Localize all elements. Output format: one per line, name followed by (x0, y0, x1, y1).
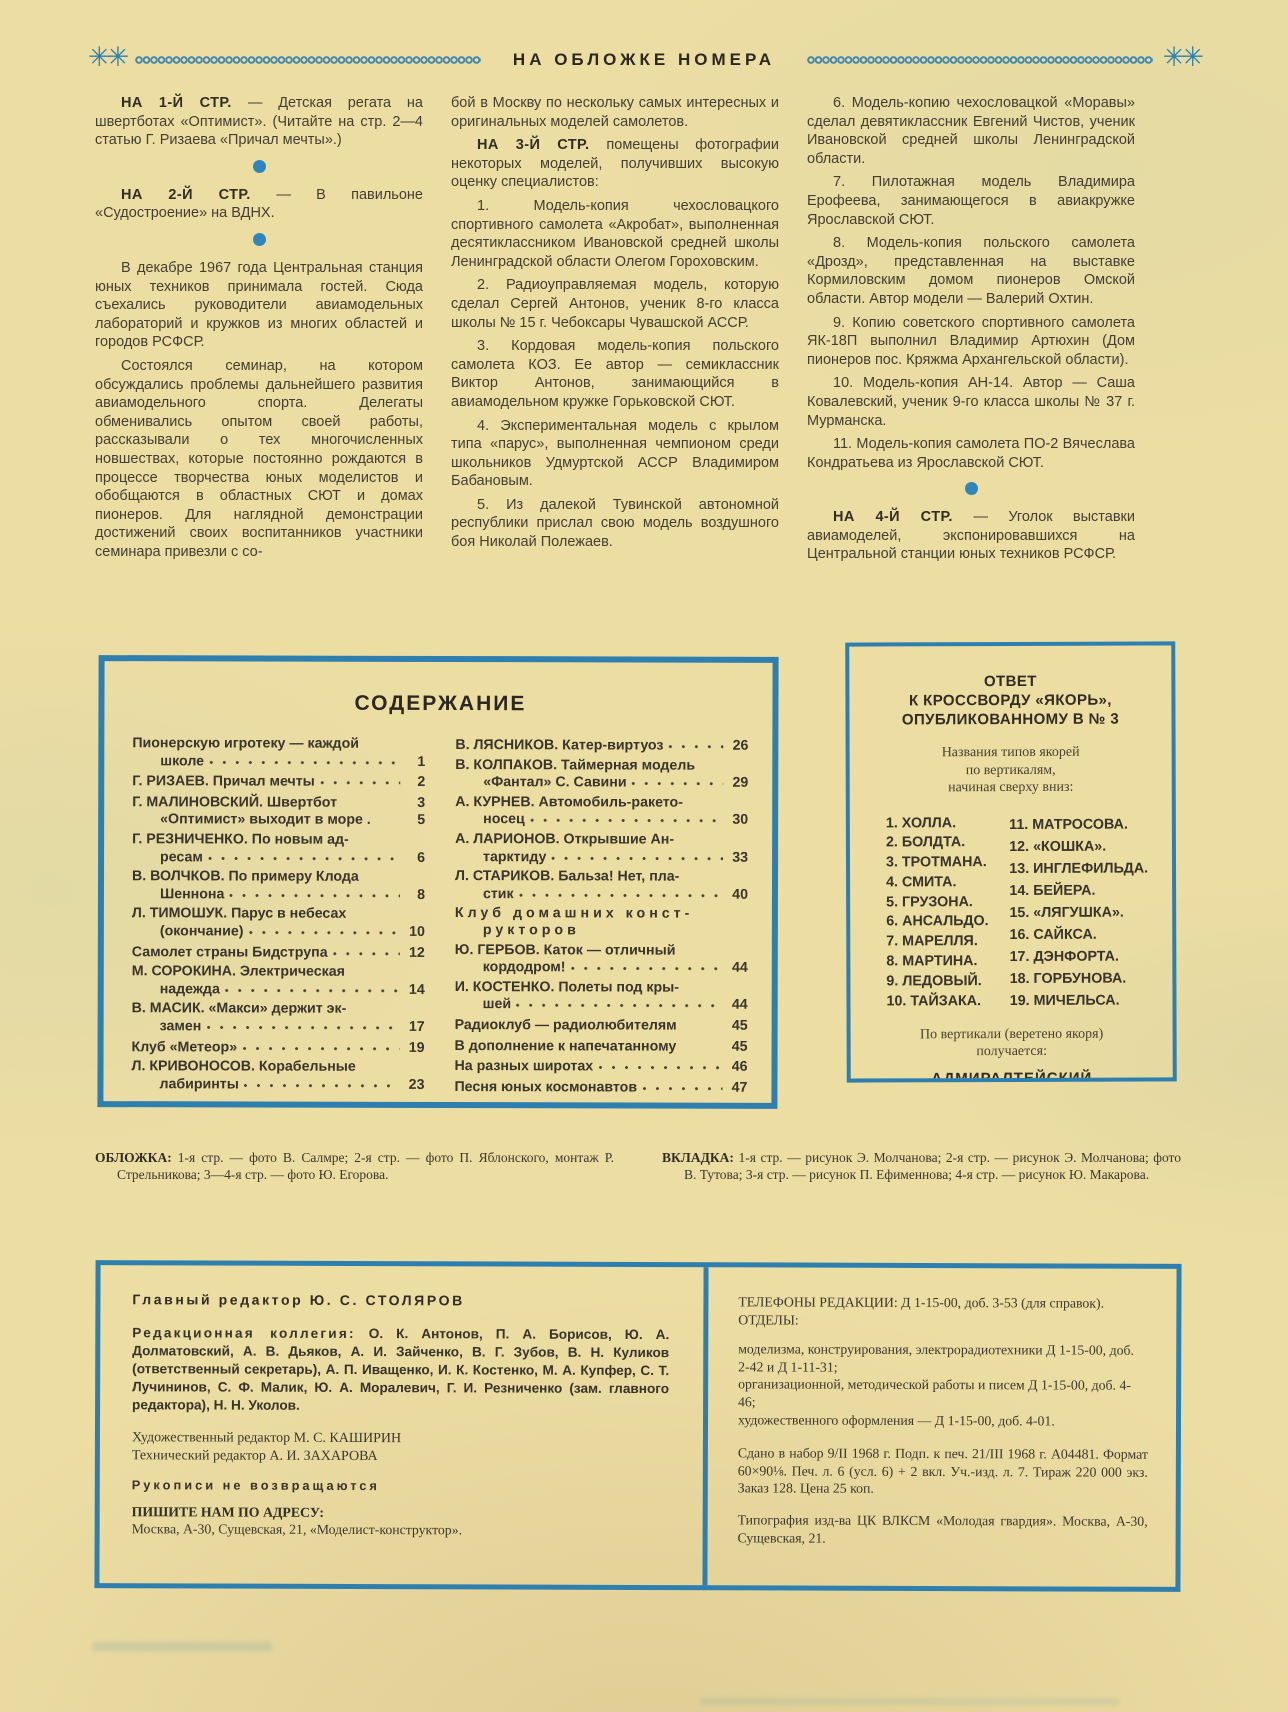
dot-leader (551, 848, 723, 861)
toc-page-number: 33 (728, 849, 748, 866)
crossword-answer: 9. ЛЕДОВЫЙ. (886, 972, 1009, 992)
insert-credit: ВКЛАДКА: 1-я стр. — рисунок Э. Молчанова… (662, 1150, 1181, 1184)
toc-entry-line: замен17 (132, 1017, 425, 1035)
toc-page-number: 26 (728, 738, 748, 755)
toc-page-number: 14 (405, 982, 425, 999)
toc-entry-text: лабиринты (159, 1076, 238, 1093)
toc-entry: М. СОРОКИНА. Электрическаянадежда14 (132, 963, 425, 998)
cover-credit: ОБЛОЖКА: 1-я стр. — фото В. Салмре; 2-я … (95, 1150, 614, 1184)
chain-ornament-left-icon (135, 53, 481, 67)
toc-entry-text: В. ЛЯСНИКОВ. Катер-виртуоз (455, 737, 663, 754)
toc-entry-line: «Оптимист» выходит в море .5 (132, 811, 425, 829)
toc-entry-text: Песня юных космонавтов (454, 1079, 637, 1096)
crossword-answer: 3. ТРОТМАНА. (886, 853, 1009, 873)
crossword-answer: 13. ИНГЛЕФИЛЬДА. (1009, 857, 1154, 880)
dot-leader (516, 996, 723, 1010)
cover-note-paragraph: Состоялся семинар, на котором обсуждалис… (95, 357, 423, 562)
insert-credit-label: ВКЛАДКА: (662, 1150, 734, 1165)
chief-editor-name: Ю. С. СТОЛЯРОВ (310, 1292, 465, 1309)
crossword-answers: 1. ХОЛЛА.2. БОЛДТА.3. ТРОТМАНА.4. СМИТА.… (886, 813, 1155, 1012)
cover-note-paragraph: НА 4-Й СТР. — Уголок выставки авиамоделе… (807, 508, 1135, 564)
toc-entry-line: кордодром!44 (455, 958, 748, 976)
toc-entry-text: Л. КРИВОНОСОВ. Корабельные (131, 1058, 355, 1075)
table-of-contents-box: СОДЕРЖАНИЕ Пионерскую игротеку — каждойш… (97, 655, 778, 1109)
toc-entry-text: «Оптимист» выходит в море . (160, 812, 371, 829)
toc-column-left: Пионерскую игротеку — каждойшколе1Г. РИЗ… (131, 735, 425, 1098)
crossword-answer: 6. АНСАЛЬДО. (886, 912, 1009, 932)
toc-entry-text: надежда (160, 981, 220, 998)
toc-page-number: 23 (404, 1077, 424, 1094)
toc-entry-text: (окончание) (160, 923, 244, 940)
toc-entry-line: Л. ТИМОШУК. Парус в небесах (132, 906, 425, 923)
toc-page-number: 29 (728, 775, 748, 792)
credits-row: ОБЛОЖКА: 1-я стр. — фото В. Салмре; 2-я … (95, 1150, 1181, 1184)
crossword-answer: 1. ХОЛЛА. (886, 814, 1009, 834)
toc-entry-line: Ю. ГЕРБОВ. Каток — отличный (455, 942, 748, 959)
dot-leader (209, 752, 400, 766)
toc-entry-text: замен (160, 1018, 202, 1035)
cover-note-paragraph: 3. Кордовая модель-копия польского самол… (451, 337, 779, 411)
toc-entry: Ю. ГЕРБОВ. Каток — отличныйкордодром!44 (455, 942, 748, 977)
cover-note-paragraph: НА 3-Й СТР. помещены фотографии некоторы… (451, 136, 779, 192)
cover-note-paragraph: В декабре 1967 года Центральная станция … (95, 259, 423, 352)
toc-entry-line: Самолет страны Бидструпа12 (132, 943, 425, 961)
toc-entry: Л. КРИВОНОСОВ. Корабельныелабиринты23 (131, 1058, 424, 1093)
dot-leader (320, 773, 400, 786)
art-editor-line: Художественный редактор М. С. КАШИРИН (132, 1429, 669, 1448)
toc-entry-text: школе (160, 753, 204, 770)
toc-entry-line: тарктиду33 (455, 848, 748, 866)
paragraph-lead: НА 3-Й СТР. (477, 137, 606, 153)
toc-entry-line: В. МАСИК. «Макси» держит эк- (132, 1001, 425, 1018)
toc-entry-text: кордодром! (483, 959, 566, 976)
crossword-answer: 8. МАРТИНА. (886, 952, 1009, 972)
toc-entry: На разных широтах46 (454, 1057, 747, 1075)
masthead-contacts: ТЕЛЕФОНЫ РЕДАКЦИИ: Д 1-15-00, доб. 3-53 … (707, 1267, 1176, 1587)
dot-leader (208, 848, 400, 862)
toc-entry-line: В. КОЛПАКОВ. Таймерная модель (455, 757, 748, 774)
crossword-answer: 7. МАРЕЛЛЯ. (886, 932, 1009, 952)
toc-entry-text: Г. РИЗАЕВ. Причал мечты (132, 773, 315, 790)
dot-leader (244, 1075, 400, 1088)
toc-column-right: В. ЛЯСНИКОВ. Катер-виртуоз26В. КОЛПАКОВ.… (454, 736, 748, 1099)
toc-entry-text: Радиоклуб — радиолюбителям (455, 1017, 677, 1034)
toc-entry-line: Г. МАЛИНОВСКИЙ. Швертбот3 (132, 793, 425, 811)
toc-entry-text: Л. СТАРИКОВ. Бальза! Нет, пла- (455, 868, 679, 885)
toc-entry-text: Л. ТИМОШУК. Парус в небесах (132, 906, 346, 923)
phones-line: ТЕЛЕФОНЫ РЕДАКЦИИ: Д 1-15-00, доб. 3-53 … (738, 1293, 1148, 1312)
cover-note-paragraph: 4. Экспериментальная модель с крылом тип… (451, 417, 779, 491)
cover-note-paragraph: 2. Радиоуправляемая модель, которую сдел… (451, 276, 779, 332)
crossword-answer-box: ОТВЕТК КРОССВОРДУ «ЯКОРЬ»,ОПУБЛИКОВАННОМ… (845, 641, 1177, 1082)
toc-page-number: 2 (405, 774, 425, 791)
dot-leader (248, 922, 399, 935)
paragraph-lead: НА 2-Й СТР. (121, 187, 276, 203)
insert-credit-text: 1-я стр. — рисунок Э. Молчанова; 2-я стр… (684, 1150, 1181, 1182)
page-title: НА ОБЛОЖКЕ НОМЕРА (491, 50, 797, 70)
print-info: Сдано в набор 9/II 1968 г. Подп. к печ. … (738, 1445, 1148, 1499)
toc-entry-line: В дополнение к напечатанному45 (455, 1037, 748, 1055)
toc-entry-text: тарктиду (483, 849, 546, 866)
crossword-answer: 18. ГОРБУНОВА. (1010, 967, 1155, 990)
toc-entry: И. КОСТЕНКО. Полеты под кры-шей44 (455, 979, 748, 1014)
paragraph-lead: НА 4-Й СТР. (833, 509, 974, 525)
chief-editor-label: Главный редактор (132, 1291, 303, 1308)
department-line: организационной, методической работы и п… (738, 1376, 1148, 1413)
editorial-board-label: Редакционная коллегия: (132, 1325, 355, 1341)
dot-leader (342, 794, 400, 807)
toc-entry: Песня юных космонавтов47 (454, 1078, 747, 1096)
toc-entry-text: Ю. ГЕРБОВ. Каток — отличный (455, 942, 676, 959)
toc-entry-text: В. КОЛПАКОВ. Таймерная модель (455, 757, 695, 774)
toc-entry: Г. МАЛИНОВСКИЙ. Швертбот3«Оптимист» выхо… (132, 793, 425, 829)
toc-entry-text: В. МАСИК. «Макси» держит эк- (132, 1001, 347, 1018)
toc-entry-line: ресам6 (132, 848, 425, 866)
toc-entry: Пионерскую игротеку — каждойшколе1 (132, 735, 425, 770)
toc-entry-line: Г. РЕЗНИЧЕНКО. По новым ад- (132, 831, 425, 848)
cover-credit-text: 1-я стр. — фото В. Салмре; 2-я стр. — фо… (117, 1150, 614, 1182)
toc-entry: Г. РЕЗНИЧЕНКО. По новым ад-ресам6 (132, 831, 425, 866)
toc-page-number: 8 (405, 887, 425, 904)
dot-leader (376, 811, 400, 824)
toc-entry: В. ЛЯСНИКОВ. Катер-виртуоз26 (455, 736, 748, 754)
toc-entry-text: А. КУРНЕВ. Автомобиль-ракето- (455, 794, 683, 811)
toc-entry-line: Л. СТАРИКОВ. Бальза! Нет, пла- (455, 868, 748, 885)
crossword-answer: 17. ДЭНФОРТА. (1010, 945, 1155, 968)
toc-page-number: 40 (728, 887, 748, 904)
toc-entry-line: Клуб «Метеор»19 (132, 1038, 425, 1056)
toc-entry-line: М. СОРОКИНА. Электрическая (132, 963, 425, 980)
toc-page-number: 46 (727, 1059, 747, 1076)
dot-leader (681, 1037, 722, 1050)
toc-page-number: 44 (728, 997, 748, 1014)
editorial-board: Редакционная коллегия: О. К. Антонов, П.… (132, 1324, 669, 1416)
toc-entry-line: стик40 (455, 885, 748, 903)
crossword-answer: 4. СМИТА. (886, 873, 1009, 893)
cover-note-paragraph: 9. Копию советского спортивного самолета… (807, 314, 1135, 370)
masthead-box: Главный редактор Ю. С. СТОЛЯРОВ Редакцио… (94, 1260, 1181, 1592)
crossword-answer: 14. БЕЙЕРА. (1009, 879, 1154, 902)
crossword-answer: 12. «КОШКА». (1009, 835, 1154, 858)
cover-note-paragraph: бой в Москву по нескольку самых интересн… (451, 94, 779, 131)
toc-entry-text: На разных широтах (454, 1058, 593, 1075)
crossword-note: По вертикали (веретено якоря)получается: (865, 1025, 1159, 1060)
toc-entry-line: рукторов (455, 922, 748, 939)
cover-note-paragraph: НА 2-Й СТР. — В павильоне «Судостроение»… (95, 186, 423, 223)
editorial-address: Москва, А-30, Сущевская, 21, «Моделист-к… (132, 1520, 669, 1539)
masthead-editorial: Главный редактор Ю. С. СТОЛЯРОВ Редакцио… (99, 1265, 708, 1585)
toc-page-number: 45 (728, 1018, 748, 1035)
toc-entry: Л. ТИМОШУК. Парус в небесах(окончание)10 (132, 906, 425, 941)
dot-leader (206, 1017, 399, 1031)
crossword-answers-right: 11. МАТРОСОВА.12. «КОШКА».13. ИНГЛЕФИЛЬД… (1009, 813, 1154, 1012)
scan-artifact (92, 1642, 272, 1651)
crossword-result: АДМИРАЛТЕЙСКИЙЯКОРЬ. (865, 1068, 1159, 1083)
cover-note-paragraph: 1. Модель-копия чехословацкого спортивно… (451, 197, 779, 271)
cover-note-paragraph: 10. Модель-копия АН-14. Автор — Саша Ков… (807, 374, 1135, 430)
tech-editor-line: Технический редактор А. И. ЗАХАРОВА (132, 1447, 669, 1466)
toc-entry-text: Пионерскую игротеку — каждой (132, 735, 359, 752)
crossword-answer: 5. ГРУЗОНА. (886, 893, 1009, 913)
write-to-us-label: ПИШИТЕ НАМ ПО АДРЕСУ: (132, 1504, 669, 1522)
department-line: художественного оформления — Д 1-15-00, … (738, 1411, 1148, 1430)
toc-entry-text: Г. МАЛИНОВСКИЙ. Швертбот (132, 794, 337, 811)
toc-entry-text: стик (483, 886, 514, 903)
toc-entry-text: «Фантал» С. Савини (483, 774, 626, 791)
dot-leader (632, 774, 724, 787)
cover-note-paragraph: 11. Модель-копия самолета ПО-2 Вячеслава… (807, 435, 1135, 472)
ornament-stars-left-icon: ✳✳ (88, 44, 125, 71)
toc-entry-line: В. ВОЛЧКОВ. По примеру Клода (132, 868, 425, 885)
crossword-answer: 15. «ЛЯГУШКА». (1009, 901, 1154, 924)
dot-leader (642, 1078, 722, 1091)
dot-leader (519, 885, 723, 899)
cover-notes-column-2: бой в Москву по нескольку самых интересн… (451, 94, 779, 569)
toc-entry-text: Самолет страны Бидструпа (132, 944, 328, 961)
toc-title: СОДЕРЖАНИЕ (132, 691, 748, 717)
dot-leader (668, 737, 723, 750)
section-dot-icon (253, 233, 266, 246)
toc-entry-line: И. КОСТЕНКО. Полеты под кры- (455, 979, 748, 996)
toc-columns: Пионерскую игротеку — каждойшколе1Г. РИЗ… (131, 735, 748, 1099)
toc-page-number: 12 (405, 944, 425, 961)
toc-entry-line: Л. КРИВОНОСОВ. Корабельные (131, 1058, 424, 1075)
printer-line: Типография изд-ва ЦК ВЛКСМ «Молодая гвар… (738, 1511, 1148, 1548)
toc-entry-line: Песня юных космонавтов47 (454, 1078, 747, 1096)
toc-page-number: 5 (405, 812, 425, 829)
magazine-page: ✳✳ НА ОБЛОЖКЕ НОМЕРА ✳✳ НА 1-Й СТР. — Де… (0, 0, 1288, 1712)
toc-entry: А. ЛАРИОНОВ. Открывшие Ан-тарктиду33 (455, 831, 748, 866)
dot-leader (229, 885, 400, 898)
toc-entry-line: А. ЛАРИОНОВ. Открывшие Ан- (455, 831, 748, 848)
crossword-answer: 11. МАТРОСОВА. (1009, 813, 1154, 836)
toc-entry-line: «Фантал» С. Савини29 (455, 773, 748, 791)
toc-entry-text: носец (483, 811, 525, 828)
cover-notes: НА 1-Й СТР. — Детская регата на швертбот… (95, 94, 1135, 569)
toc-entry-line: шей44 (455, 995, 748, 1013)
toc-page-number: 45 (728, 1038, 748, 1055)
toc-entry-line: А. КУРНЕВ. Автомобиль-ракето- (455, 794, 748, 811)
crossword-answer: 10. ТАЙЗАКА. (886, 992, 1009, 1012)
toc-entry: Клуб домашних конст-рукторов (455, 905, 748, 939)
toc-entry-line: носец30 (455, 810, 748, 828)
crossword-answer: 19. МИЧЕЛЬСА. (1010, 989, 1155, 1012)
toc-entry-text: ресам (160, 849, 203, 866)
toc-entry-text: шей (483, 996, 511, 1013)
toc-entry: В. КОЛПАКОВ. Таймерная модель«Фантал» С.… (455, 757, 748, 792)
toc-page-number: 3 (405, 795, 425, 812)
chain-ornament-right-icon (807, 53, 1153, 67)
toc-entry: А. КУРНЕВ. Автомобиль-ракето-носец30 (455, 794, 748, 829)
toc-page-number: 1 (405, 754, 425, 771)
dot-leader (530, 811, 723, 825)
dot-leader (333, 943, 400, 956)
toc-entry-line: Пионерскую игротеку — каждой (132, 735, 425, 752)
toc-entry-line: надежда14 (132, 980, 425, 998)
crossword-answers-left: 1. ХОЛЛА.2. БОЛДТА.3. ТРОТМАНА.4. СМИТА.… (886, 814, 1010, 1012)
toc-entry-line: Клуб домашних конст- (455, 905, 748, 922)
toc-entry-text: Клуб домашних конст- (455, 905, 693, 922)
section-dot-icon (965, 482, 978, 495)
toc-entry-line: Радиоклуб — радиолюбителям45 (455, 1016, 748, 1034)
toc-entry-text: В дополнение к напечатанному (455, 1038, 677, 1055)
crossword-subtitle: Названия типов якорейпо вертикалям,начин… (864, 743, 1158, 797)
toc-entry: Клуб «Метеор»19 (132, 1038, 425, 1056)
toc-page-number: 47 (727, 1079, 747, 1096)
toc-entry: Л. СТАРИКОВ. Бальза! Нет, пла-стик40 (455, 868, 748, 903)
paragraph-lead: НА 1-Й СТР. (121, 95, 248, 111)
toc-entry-text: Г. РЕЗНИЧЕНКО. По новым ад- (132, 831, 349, 848)
toc-page-number: 19 (405, 1039, 425, 1056)
toc-entry: Самолет страны Бидструпа12 (132, 943, 425, 961)
dot-leader (682, 1017, 723, 1030)
toc-entry: В. ВОЛЧКОВ. По примеру КлодаШеннона8 (132, 868, 425, 903)
toc-entry-text: И. КОСТЕНКО. Полеты под кры- (455, 979, 679, 996)
department-line: моделизма, конструирования, электрорадио… (738, 1341, 1148, 1378)
dot-leader (225, 980, 400, 993)
toc-entry: В дополнение к напечатанному45 (455, 1037, 748, 1055)
cover-note-paragraph: 7. Пилотажная модель Владимира Ерофеева,… (807, 173, 1135, 229)
cover-note-paragraph: 5. Из далекой Тувинской автономной респу… (451, 496, 779, 552)
cover-notes-column-1: НА 1-Й СТР. — Детская регата на швертбот… (95, 94, 423, 569)
toc-page-number: 6 (405, 849, 425, 866)
toc-entry-text: В. ВОЛЧКОВ. По примеру Клода (132, 868, 359, 885)
departments-list: моделизма, конструирования, электрорадио… (738, 1341, 1148, 1430)
toc-page-number: 10 (405, 924, 425, 941)
toc-entry-line: Г. РИЗАЕВ. Причал мечты2 (132, 772, 425, 790)
crossword-answer: 2. БОЛДТА. (886, 833, 1009, 853)
cover-credit-label: ОБЛОЖКА: (95, 1150, 172, 1165)
ornament-stars-right-icon: ✳✳ (1163, 44, 1200, 71)
toc-page-number: 44 (728, 960, 748, 977)
toc-entry-text: Шеннона (160, 886, 224, 903)
crossword-title: ОТВЕТК КРОССВОРДУ «ЯКОРЬ»,ОПУБЛИКОВАННОМ… (863, 671, 1157, 729)
toc-entry-line: (окончание)10 (132, 922, 425, 940)
crossword-answer: 16. САЙКСА. (1009, 923, 1154, 946)
chief-editor-line: Главный редактор Ю. С. СТОЛЯРОВ (132, 1291, 669, 1309)
cover-notes-column-3: 6. Модель-копию чехословацкой «Моравы» с… (807, 94, 1135, 569)
toc-entry-text: Клуб «Метеор» (132, 1039, 238, 1056)
toc-entry: Г. РИЗАЕВ. Причал мечты2 (132, 772, 425, 790)
toc-entry: В. МАСИК. «Макси» держит эк-замен17 (132, 1001, 425, 1036)
toc-page-number: 30 (728, 812, 748, 829)
toc-entry-text: рукторов (483, 922, 580, 939)
dot-leader (571, 958, 723, 971)
cover-note-paragraph: НА 1-Й СТР. — Детская регата на швертбот… (95, 94, 423, 150)
dot-leader (242, 1038, 399, 1051)
header-band: ✳✳ НА ОБЛОЖКЕ НОМЕРА ✳✳ (88, 46, 1200, 73)
dot-leader (598, 1058, 722, 1071)
toc-entry-line: На разных широтах46 (454, 1057, 747, 1075)
manuscripts-note: Рукописи не возвращаются (132, 1477, 669, 1494)
toc-entry-line: В. ЛЯСНИКОВ. Катер-виртуоз26 (455, 736, 748, 754)
cover-note-paragraph: 6. Модель-копию чехословацкой «Моравы» с… (807, 94, 1135, 168)
toc-entry-text: М. СОРОКИНА. Электрическая (132, 963, 345, 980)
departments-label: ОТДЕЛЫ: (738, 1311, 1148, 1330)
toc-entry-line: лабиринты23 (131, 1075, 424, 1093)
scan-artifact (700, 1698, 1120, 1705)
cover-note-paragraph: 8. Модель-копия польского самолета «Дроз… (807, 234, 1135, 308)
section-dot-icon (253, 160, 266, 173)
toc-entry-line: школе1 (132, 752, 425, 770)
toc-entry: Радиоклуб — радиолюбителям45 (455, 1016, 748, 1034)
toc-entry-line: Шеннона8 (132, 885, 425, 903)
toc-entry-text: А. ЛАРИОНОВ. Открывшие Ан- (455, 831, 674, 848)
toc-page-number: 17 (405, 1019, 425, 1036)
